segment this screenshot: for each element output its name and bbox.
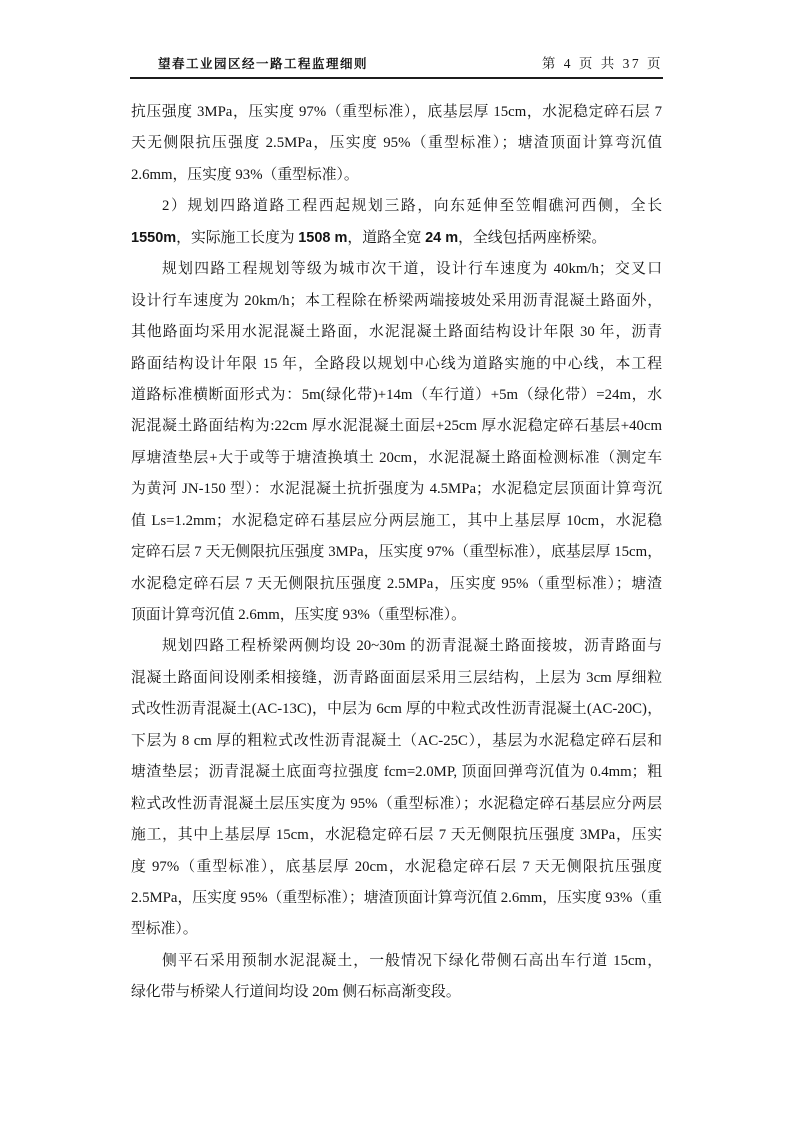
text-line: 1550m，实际施工长度为 1508 m，道路全宽 24 m，全线包括两座桥梁。 xyxy=(131,223,662,254)
text-line: 抗压强度 3MPa，压实度 97%（重型标准），底基层厚 15cm，水泥稳定碎石… xyxy=(131,97,662,128)
text-line: 绿化带与桥梁人行道间均设 20m 侧石标高渐变段。 xyxy=(131,977,662,1008)
header-title: 望春工业园区经一路工程监理细则 xyxy=(158,54,368,72)
text-line: 塘渣垫层；沥青混凝土底面弯拉强度 fcm=2.0MP, 顶面回弹弯沉值为 0.4… xyxy=(131,757,662,788)
text-line: 度 97%（重型标准），底基层厚 20cm，水泥稳定碎石层 7 天无侧限抗压强度 xyxy=(131,852,662,883)
bold-total-length: 1550m xyxy=(131,230,176,246)
header-page-number: 第 4 页 共 37 页 xyxy=(542,52,663,72)
bold-road-width: 24 m xyxy=(425,230,458,246)
text-line: 施工，其中上基层厚 15cm，水泥稳定碎石层 7 天无侧限抗压强度 3MPa，压… xyxy=(131,820,662,851)
text-segment: ，全线包括两座桥梁。 xyxy=(458,230,606,246)
text-line: 设计行车速度为 20km/h；本工程除在桥梁两端接坡处采用沥青混凝土路面外， xyxy=(131,286,662,317)
document-body: 抗压强度 3MPa，压实度 97%（重型标准），底基层厚 15cm，水泥稳定碎石… xyxy=(131,97,662,1009)
text-line: 道路标准横断面形式为：5m(绿化带)+14m（车行道）+5m（绿化带）=24m，… xyxy=(131,380,662,411)
page-header: 望春工业园区经一路工程监理细则 第 4 页 共 37 页 xyxy=(130,52,663,79)
text-line: 为黄河 JN-150 型）：水泥混凝土抗折强度为 4.5MPa；水泥稳定层顶面计… xyxy=(131,474,662,505)
text-segment: ，道路全宽 xyxy=(347,230,425,246)
text-line: 2.6mm，压实度 93%（重型标准）。 xyxy=(131,160,662,191)
text-line: 侧平石采用预制水泥混凝土，一般情况下绿化带侧石高出车行道 15cm， xyxy=(131,946,662,977)
text-line: 顶面计算弯沉值 2.6mm，压实度 93%（重型标准）。 xyxy=(131,600,662,631)
text-line: 下层为 8 cm 厚的粗粒式改性沥青混凝土（AC-25C），基层为水泥稳定碎石层… xyxy=(131,726,662,757)
text-line: 混凝土路面间设刚柔相接缝，沥青路面面层采用三层结构，上层为 3cm 厚细粒 xyxy=(131,663,662,694)
text-line: 值 Ls=1.2mm；水泥稳定碎石基层应分两层施工，其中上基层厚 10cm，水泥… xyxy=(131,506,662,537)
text-segment: ，实际施工长度为 xyxy=(176,230,298,246)
text-line: 定碎石层 7 天无侧限抗压强度 3MPa，压实度 97%（重型标准），底基层厚 … xyxy=(131,537,662,568)
text-line: 规划四路工程桥梁两侧均设 20~30m 的沥青混凝土路面接坡，沥青路面与 xyxy=(131,631,662,662)
text-line: 粒式改性沥青混凝土层压实度为 95%（重型标准）；水泥稳定碎石基层应分两层 xyxy=(131,789,662,820)
text-line: 厚塘渣垫层+大于或等于塘渣换填土 20cm，水泥混凝土路面检测标准（测定车 xyxy=(131,443,662,474)
text-line: 2）规划四路道路工程西起规划三路，向东延伸至笠帽礁河西侧，全长 xyxy=(131,191,662,222)
text-line: 天无侧限抗压强度 2.5MPa，压实度 95%（重型标准）；塘渣顶面计算弯沉值 xyxy=(131,128,662,159)
text-line: 路面结构设计年限 15 年，全路段以规划中心线为道路实施的中心线，本工程 xyxy=(131,349,662,380)
text-line: 式改性沥青混凝土(AC-13C)，中层为 6cm 厚的中粒式改性沥青混凝土(AC… xyxy=(131,694,662,725)
document-page: 望春工业园区经一路工程监理细则 第 4 页 共 37 页 抗压强度 3MPa，压… xyxy=(0,0,793,1122)
text-line: 其他路面均采用水泥混凝土路面，水泥混凝土路面结构设计年限 30 年，沥青 xyxy=(131,317,662,348)
text-line: 泥混凝土路面结构为:22cm 厚水泥混凝土面层+25cm 厚水泥稳定碎石基层+4… xyxy=(131,411,662,442)
bold-construction-length: 1508 m xyxy=(298,230,347,246)
text-line: 规划四路工程规划等级为城市次干道，设计行车速度为 40km/h；交叉口 xyxy=(131,254,662,285)
text-line: 型标准）。 xyxy=(131,914,662,945)
text-line: 水泥稳定碎石层 7 天无侧限抗压强度 2.5MPa，压实度 95%（重型标准）；… xyxy=(131,569,662,600)
text-line: 2.5MPa，压实度 95%（重型标准）；塘渣顶面计算弯沉值 2.6mm，压实度… xyxy=(131,883,662,914)
